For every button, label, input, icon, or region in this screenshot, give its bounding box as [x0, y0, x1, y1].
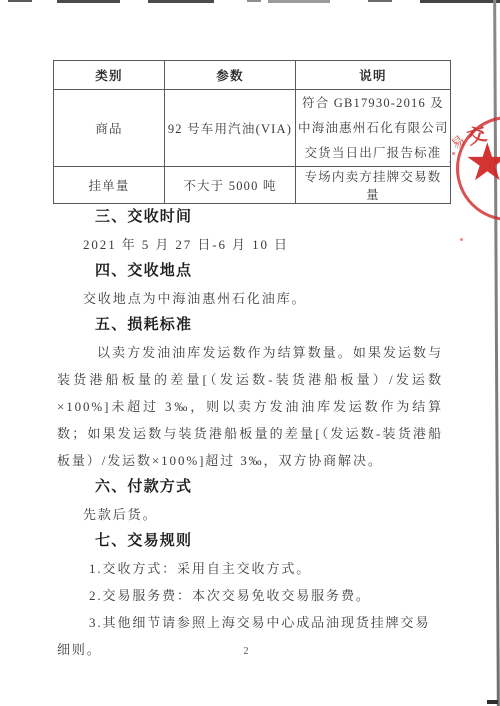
scan-artifact-top — [148, 0, 214, 3]
section-heading-delivery-place: 四、交收地点 — [53, 258, 443, 285]
table-cell-category: 商品 — [54, 90, 165, 167]
stamp-speck — [452, 152, 455, 155]
scan-artifact-corner — [487, 700, 498, 704]
page-number: 2 — [0, 646, 492, 657]
sections: 三、交收时间 2021 年 5 月 27 日-6 月 10 日 四、交收地点 交… — [53, 204, 443, 663]
table-cell-parameter: 不大于 5000 吨 — [165, 167, 296, 204]
paragraph-payment-method: 先款后货。 — [53, 501, 443, 528]
scan-artifact-top — [247, 0, 261, 2]
description-line: 符合 GB17930-2016 及 — [298, 91, 448, 116]
section-heading-payment-method: 六、付款方式 — [53, 474, 443, 501]
description-line: 中海油惠州石化有限公司 — [298, 116, 448, 141]
paragraph-delivery-time: 2021 年 5 月 27 日-6 月 10 日 — [53, 231, 443, 258]
section-heading-delivery-time: 三、交收时间 — [53, 204, 443, 231]
table-header-parameter: 参数 — [165, 61, 296, 90]
table-header-category: 类别 — [54, 61, 165, 90]
paragraph-rule-item: 2.交易服务费：本次交易免收交易服务费。 — [53, 582, 443, 609]
paragraph-rule-item: 1.交收方式：采用自主交收方式。 — [53, 555, 443, 582]
paragraph-loss-standard: 以卖方发油油库发运数作为结算数量。如果发运数与装货港船板量的差量[（发运数-装货… — [53, 339, 443, 474]
scan-artifact-top — [8, 0, 32, 2]
scan-artifact-top — [420, 0, 500, 3]
description-line: 交货当日出厂报告标准 — [298, 141, 448, 166]
table-row: 挂单量 不大于 5000 吨 专场内卖方挂牌交易数量 — [54, 167, 451, 204]
scan-artifact-top — [57, 0, 120, 3]
table-cell-description: 专场内卖方挂牌交易数量 — [296, 167, 451, 204]
page-edge-line — [493, 0, 499, 706]
table-header-description: 说明 — [296, 61, 451, 90]
scan-artifact-top — [268, 0, 330, 3]
spec-table: 类别 参数 说明 商品 92 号车用汽油(VIA) 符合 GB17930-201… — [53, 60, 451, 204]
table-row: 商品 92 号车用汽油(VIA) 符合 GB17930-2016 及 中海油惠州… — [54, 90, 451, 167]
scan-artifact-top — [368, 0, 392, 2]
table-header-row: 类别 参数 说明 — [54, 61, 451, 90]
table-cell-category: 挂单量 — [54, 167, 165, 204]
paragraph-delivery-place: 交收地点为中海油惠州石化油库。 — [53, 285, 443, 312]
table-cell-description: 符合 GB17930-2016 及 中海油惠州石化有限公司 交货当日出厂报告标准 — [296, 90, 451, 167]
stamp-speck — [460, 238, 463, 241]
section-heading-loss-standard: 五、损耗标准 — [53, 312, 443, 339]
section-heading-trading-rules: 七、交易规则 — [53, 528, 443, 555]
document-body: 类别 参数 说明 商品 92 号车用汽油(VIA) 符合 GB17930-201… — [53, 60, 443, 663]
table-cell-parameter: 92 号车用汽油(VIA) — [165, 90, 296, 167]
